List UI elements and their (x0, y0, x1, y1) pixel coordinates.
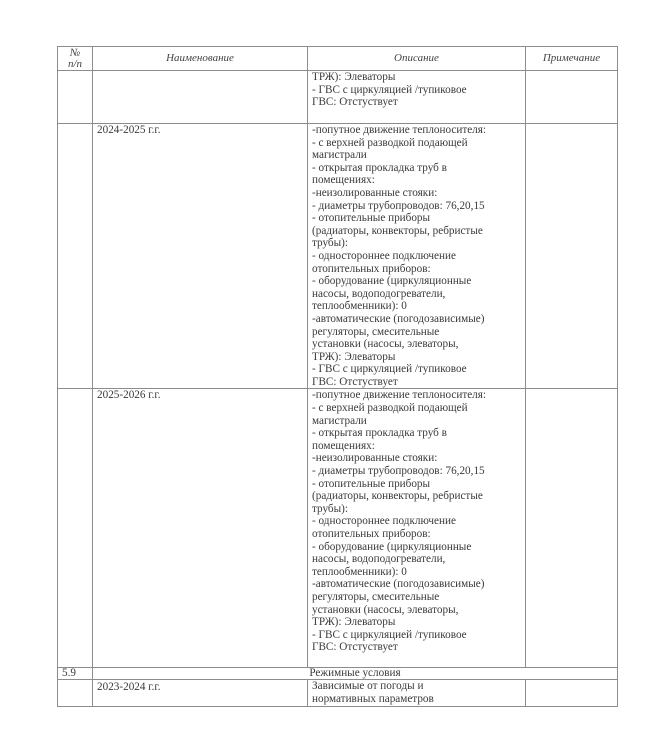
row-name: 2025-2026 г.г. (93, 389, 308, 668)
description-line: (радиаторы, конвекторы, ребристые (312, 490, 521, 503)
description-line: - открытая прокладка труб в (312, 427, 521, 440)
description-line: ГВС: Отстуствует (312, 96, 521, 109)
description-line: - диаметры трубопроводов: 76,20,15 (312, 465, 521, 478)
row-description: -попутное движение теплоносителя:- с вер… (308, 389, 526, 668)
section-row: 5.9 Режимные условия (58, 668, 618, 680)
row-description: -попутное движение теплоносителя:- с вер… (308, 124, 526, 389)
description-line: -автоматические (погодозависимые) (312, 578, 521, 591)
description-line: отопительных приборов: (312, 263, 521, 276)
description-line: насосы, водоподогреватели, (312, 288, 521, 301)
description-line: помещениях: (312, 440, 521, 453)
description-line: -попутное движение теплоносителя: (312, 124, 521, 137)
description-line: - отопительные приборы (312, 478, 521, 491)
description-line: ГВС: Отстуствует (312, 376, 521, 389)
description-line: (радиаторы, конвекторы, ребристые (312, 225, 521, 238)
description-line: - одностороннее подключение (312, 250, 521, 263)
description-line: - оборудование (циркуляционные (312, 275, 521, 288)
description-line: ТРЖ): Элеваторы (312, 616, 521, 629)
description-line: насосы, водоподогреватели, (312, 553, 521, 566)
description-line: -попутное движение теплоносителя: (312, 389, 521, 402)
description-line: помещениях: (312, 174, 521, 187)
description-line: трубы): (312, 237, 521, 250)
description-line: ТРЖ): Элеваторы (312, 351, 521, 364)
row-description: Зависимые от погоды инормативных парамет… (308, 680, 526, 706)
description-line: трубы): (312, 503, 521, 516)
row-num (58, 680, 93, 706)
row-name (93, 71, 308, 124)
description-line: ГВС: Отстуствует (312, 641, 521, 654)
description-line: - ГВС с циркуляцией /тупиковое (312, 363, 521, 376)
table-row: ТРЖ): Элеваторы- ГВС с циркуляцией /тупи… (58, 71, 618, 124)
description-line: регуляторы, смесительные (312, 591, 521, 604)
document-table: №п/п Наименование Описание Примечание ТР… (57, 46, 618, 707)
header-row: №п/п Наименование Описание Примечание (58, 47, 618, 71)
header-note: Примечание (526, 47, 618, 71)
description-line: - с верхней разводкой подающей (312, 137, 521, 150)
description-line: - с верхней разводкой подающей (312, 402, 521, 415)
row-name: 2024-2025 г.г. (93, 124, 308, 389)
description-line: Зависимые от погоды и (312, 680, 521, 693)
row-description: ТРЖ): Элеваторы- ГВС с циркуляцией /тупи… (308, 71, 526, 124)
header-description: Описание (308, 47, 526, 71)
header-num: №п/п (58, 47, 93, 71)
description-line: регуляторы, смесительные (312, 326, 521, 339)
description-line: - оборудование (циркуляционные (312, 541, 521, 554)
description-line: магистрали (312, 149, 521, 162)
table-row: 2024-2025 г.г. -попутное движение теплон… (58, 124, 618, 389)
description-line: - ГВС с циркуляцией /тупиковое (312, 84, 521, 97)
row-num (58, 389, 93, 668)
description-line: установки (насосы, элеваторы, (312, 604, 521, 617)
description-line: -неизолированные стояки: (312, 187, 521, 200)
description-line: ТРЖ): Элеваторы (312, 71, 521, 84)
row-note (526, 680, 618, 706)
description-line: - ГВС с циркуляцией /тупиковое (312, 629, 521, 642)
description-line: - диаметры трубопроводов: 76,20,15 (312, 200, 521, 213)
description-line: - открытая прокладка труб в (312, 162, 521, 175)
row-note (526, 389, 618, 668)
row-num (58, 71, 93, 124)
header-name: Наименование (93, 47, 308, 71)
row-note (526, 124, 618, 389)
table-row: 2025-2026 г.г. -попутное движение теплон… (58, 389, 618, 668)
description-line: теплообменники): 0 (312, 566, 521, 579)
row-note (526, 71, 618, 124)
description-line: -неизолированные стояки: (312, 452, 521, 465)
section-title: Режимные условия (93, 668, 618, 680)
row-num (58, 124, 93, 389)
description-line: нормативных параметров (312, 693, 521, 706)
description-line: - одностороннее подключение (312, 515, 521, 528)
description-line: отопительных приборов: (312, 528, 521, 541)
description-line: - отопительные приборы (312, 212, 521, 225)
description-line: теплообменники): 0 (312, 300, 521, 313)
row-name: 2023-2024 г.г. (93, 680, 308, 706)
description-line: магистрали (312, 415, 521, 428)
description-line: установки (насосы, элеваторы, (312, 338, 521, 351)
table-row: 2023-2024 г.г. Зависимые от погоды инорм… (58, 680, 618, 706)
description-line: -автоматические (погодозависимые) (312, 313, 521, 326)
section-num: 5.9 (58, 668, 93, 680)
